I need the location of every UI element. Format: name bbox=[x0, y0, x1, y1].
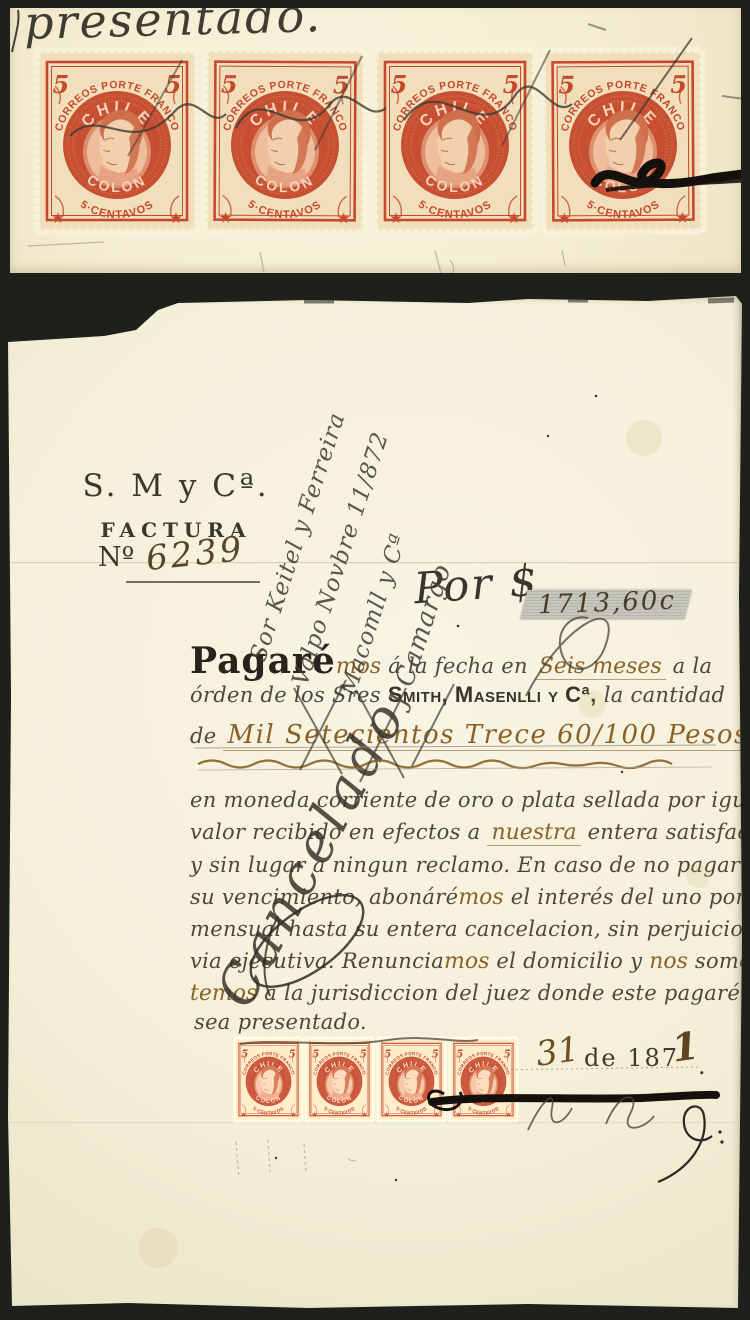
colon-stamp bbox=[371, 46, 539, 236]
amount-in-words: Mil Setecientos Trece 60/100 Pesos bbox=[223, 720, 750, 751]
colon-stamp bbox=[304, 1036, 375, 1123]
printed-text: en moneda corriente de oro o plata sella… bbox=[190, 788, 750, 812]
amount-value: 1713,60c bbox=[532, 585, 683, 620]
printed-text: de bbox=[190, 724, 223, 748]
ms-insert: nos bbox=[649, 949, 688, 974]
colon-stamp bbox=[376, 1036, 447, 1123]
handwriting-presentado: presentado. bbox=[23, 8, 322, 50]
printed-text: sea presentado. bbox=[194, 1010, 367, 1034]
document-paper: S. M y Cª. FACTURA Nº 6239 Por $ 1713,60… bbox=[8, 296, 742, 1308]
date-printed: de 187 bbox=[584, 1044, 679, 1072]
printed-text: a la jurisdiccion del juez donde este pa… bbox=[257, 981, 747, 1005]
rubric-flourish bbox=[658, 1106, 712, 1182]
body-line: valor recibido en efectos a nuestra ente… bbox=[190, 820, 750, 852]
invoice-number-rule bbox=[126, 581, 260, 583]
body-line: de Mil Setecientos Trece 60/100 Pesos bbox=[190, 720, 750, 752]
printed-text: entera satisfaccion bbox=[581, 820, 750, 844]
stamp-strip-photo: presentado. bbox=[10, 8, 741, 273]
date-year-digit: 1 bbox=[669, 1022, 701, 1070]
ms-insert: Seis meses bbox=[535, 654, 666, 680]
printed-text: el domicilio y bbox=[489, 949, 649, 973]
ms-insert: mos bbox=[444, 949, 489, 974]
printed-text: la cantidad bbox=[597, 683, 726, 707]
colon-stamp bbox=[233, 1036, 304, 1123]
printed-text: a la bbox=[666, 654, 713, 678]
edge-smudges bbox=[94, 299, 734, 304]
letterhead-company: S. M y Cª. bbox=[60, 468, 292, 504]
body-line: en moneda corriente de oro o plata sella… bbox=[190, 788, 750, 820]
photo-composite: 5 5 CORREOS PORTE FRANCO CHILE CO bbox=[0, 0, 750, 1320]
printed-text: some- bbox=[688, 949, 750, 973]
wavy-flourish bbox=[198, 761, 672, 769]
ms-insert: nuestra bbox=[487, 820, 580, 846]
colon-stamp bbox=[33, 46, 201, 236]
ms-insert: mos bbox=[458, 885, 503, 910]
colon-stamp bbox=[201, 46, 370, 237]
body-line: órden de los Sres Smith, Masenlli y Cª, … bbox=[190, 682, 725, 714]
date-day: 31 bbox=[533, 1029, 581, 1075]
fold-crease bbox=[8, 1122, 742, 1124]
date-period: . bbox=[698, 1052, 706, 1080]
printed-text: el interés del uno por ciento bbox=[504, 885, 750, 909]
colon-stamp bbox=[448, 1036, 519, 1123]
invoice-number-label: Nº bbox=[98, 542, 134, 573]
colon-stamp bbox=[539, 46, 708, 237]
